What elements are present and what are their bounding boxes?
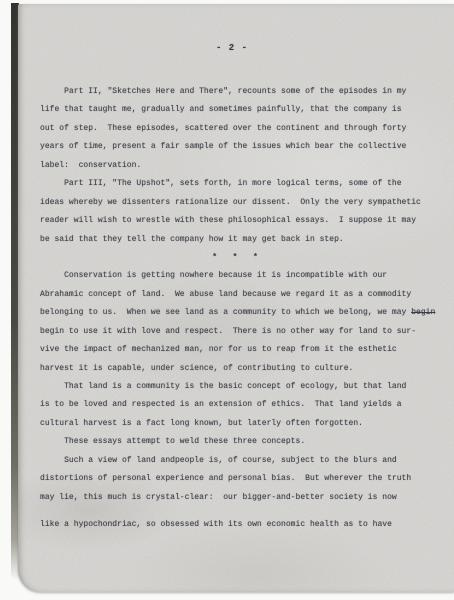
text-line: begin to use it with love and respect. T… [40,323,432,341]
text-line: harvest it is capable, under science, of… [40,360,432,378]
text-segment: These essays attempt to weld these three… [40,437,305,446]
text-line: distortions of personal experience and p… [40,470,432,488]
typescript-page: - 2 - Part II, "Sketches Here and There"… [18,4,454,592]
text-line: belonging to us. When we see land as a c… [40,304,432,322]
text-segment: ideas whereby we dissenters rationalize … [40,198,421,207]
text-segment: years of time, present a fair sample of … [40,142,406,151]
text-line: life that taught me, gradually and somet… [40,101,432,119]
text-segment: cultural harvest is a fact long known, b… [40,419,363,428]
text-segment: Part II, "Sketches Here and There", reco… [40,87,406,96]
text-line: Abrahamic concept of land. We abuse land… [40,286,432,304]
text-line: vive the impact of mechanized man, nor f… [40,341,432,359]
text-segment: * * * [212,253,260,262]
text-segment: distortions of personal experience and p… [40,474,411,483]
text-segment: label: conservation. [40,161,141,170]
text-line: be said that they tell the company how i… [40,231,432,249]
text-line: years of time, present a fair sample of … [40,138,432,156]
text-line: is to be loved and respected is an exten… [40,396,432,414]
text-line: Part III, "The Upshot", sets forth, in m… [40,175,432,193]
typed-text: Part II, "Sketches Here and There", reco… [40,83,432,535]
text-segment: life that taught me, gradually and somet… [40,105,402,114]
text-segment: reader will wish to wrestle with these p… [40,216,416,225]
text-segment: may lie, this much is crystal-clear: our… [40,493,397,502]
text-segment: begin to use it with love and respect. T… [40,327,416,336]
text-segment: Such a view of land andpeople is, of cou… [40,456,397,465]
text-line: out of step. These episodes, scattered o… [40,120,432,138]
text-segment: Conservation is getting nowhere because … [40,271,387,280]
text-line: reader will wish to wrestle with these p… [40,212,432,230]
text-segment: harvest it is capable, under science, of… [40,364,353,373]
text-segment: be said that they tell the company how i… [40,235,344,244]
text-segment: Abrahamic concept of land. We abuse land… [40,290,411,299]
text-line: These essays attempt to weld these three… [40,433,432,451]
text-line: may lie, this much is crystal-clear: our… [40,489,432,507]
text-segment: belonging to us. When we see land as a c… [40,308,411,317]
page-number: - 2 - [40,43,424,53]
struck-word: begin [411,308,435,317]
text-segment: like a hypochondriac, so obsessed with i… [40,520,392,529]
scanned-page-background: - 2 - Part II, "Sketches Here and There"… [0,0,454,600]
text-segment: is to be loved and respected is an exten… [40,400,402,409]
text-line: ideas whereby we dissenters rationalize … [40,194,432,212]
text-line: cultural harvest is a fact long known, b… [40,415,432,433]
text-line: Part II, "Sketches Here and There", reco… [40,83,432,101]
text-segment: That land is a community is the basic co… [40,382,406,391]
text-line: That land is a community is the basic co… [40,378,432,396]
text-line: label: conservation. [40,157,432,175]
text-segment: out of step. These episodes, scattered o… [40,124,406,133]
text-line: Such a view of land andpeople is, of cou… [40,452,432,470]
section-divider: * * * [40,249,432,267]
text-line: like a hypochondriac, so obsessed with i… [40,516,432,534]
text-segment: Part III, "The Upshot", sets forth, in m… [40,179,402,188]
text-segment: vive the impact of mechanized man, nor f… [40,345,397,354]
text-line: Conservation is getting nowhere because … [40,267,432,285]
